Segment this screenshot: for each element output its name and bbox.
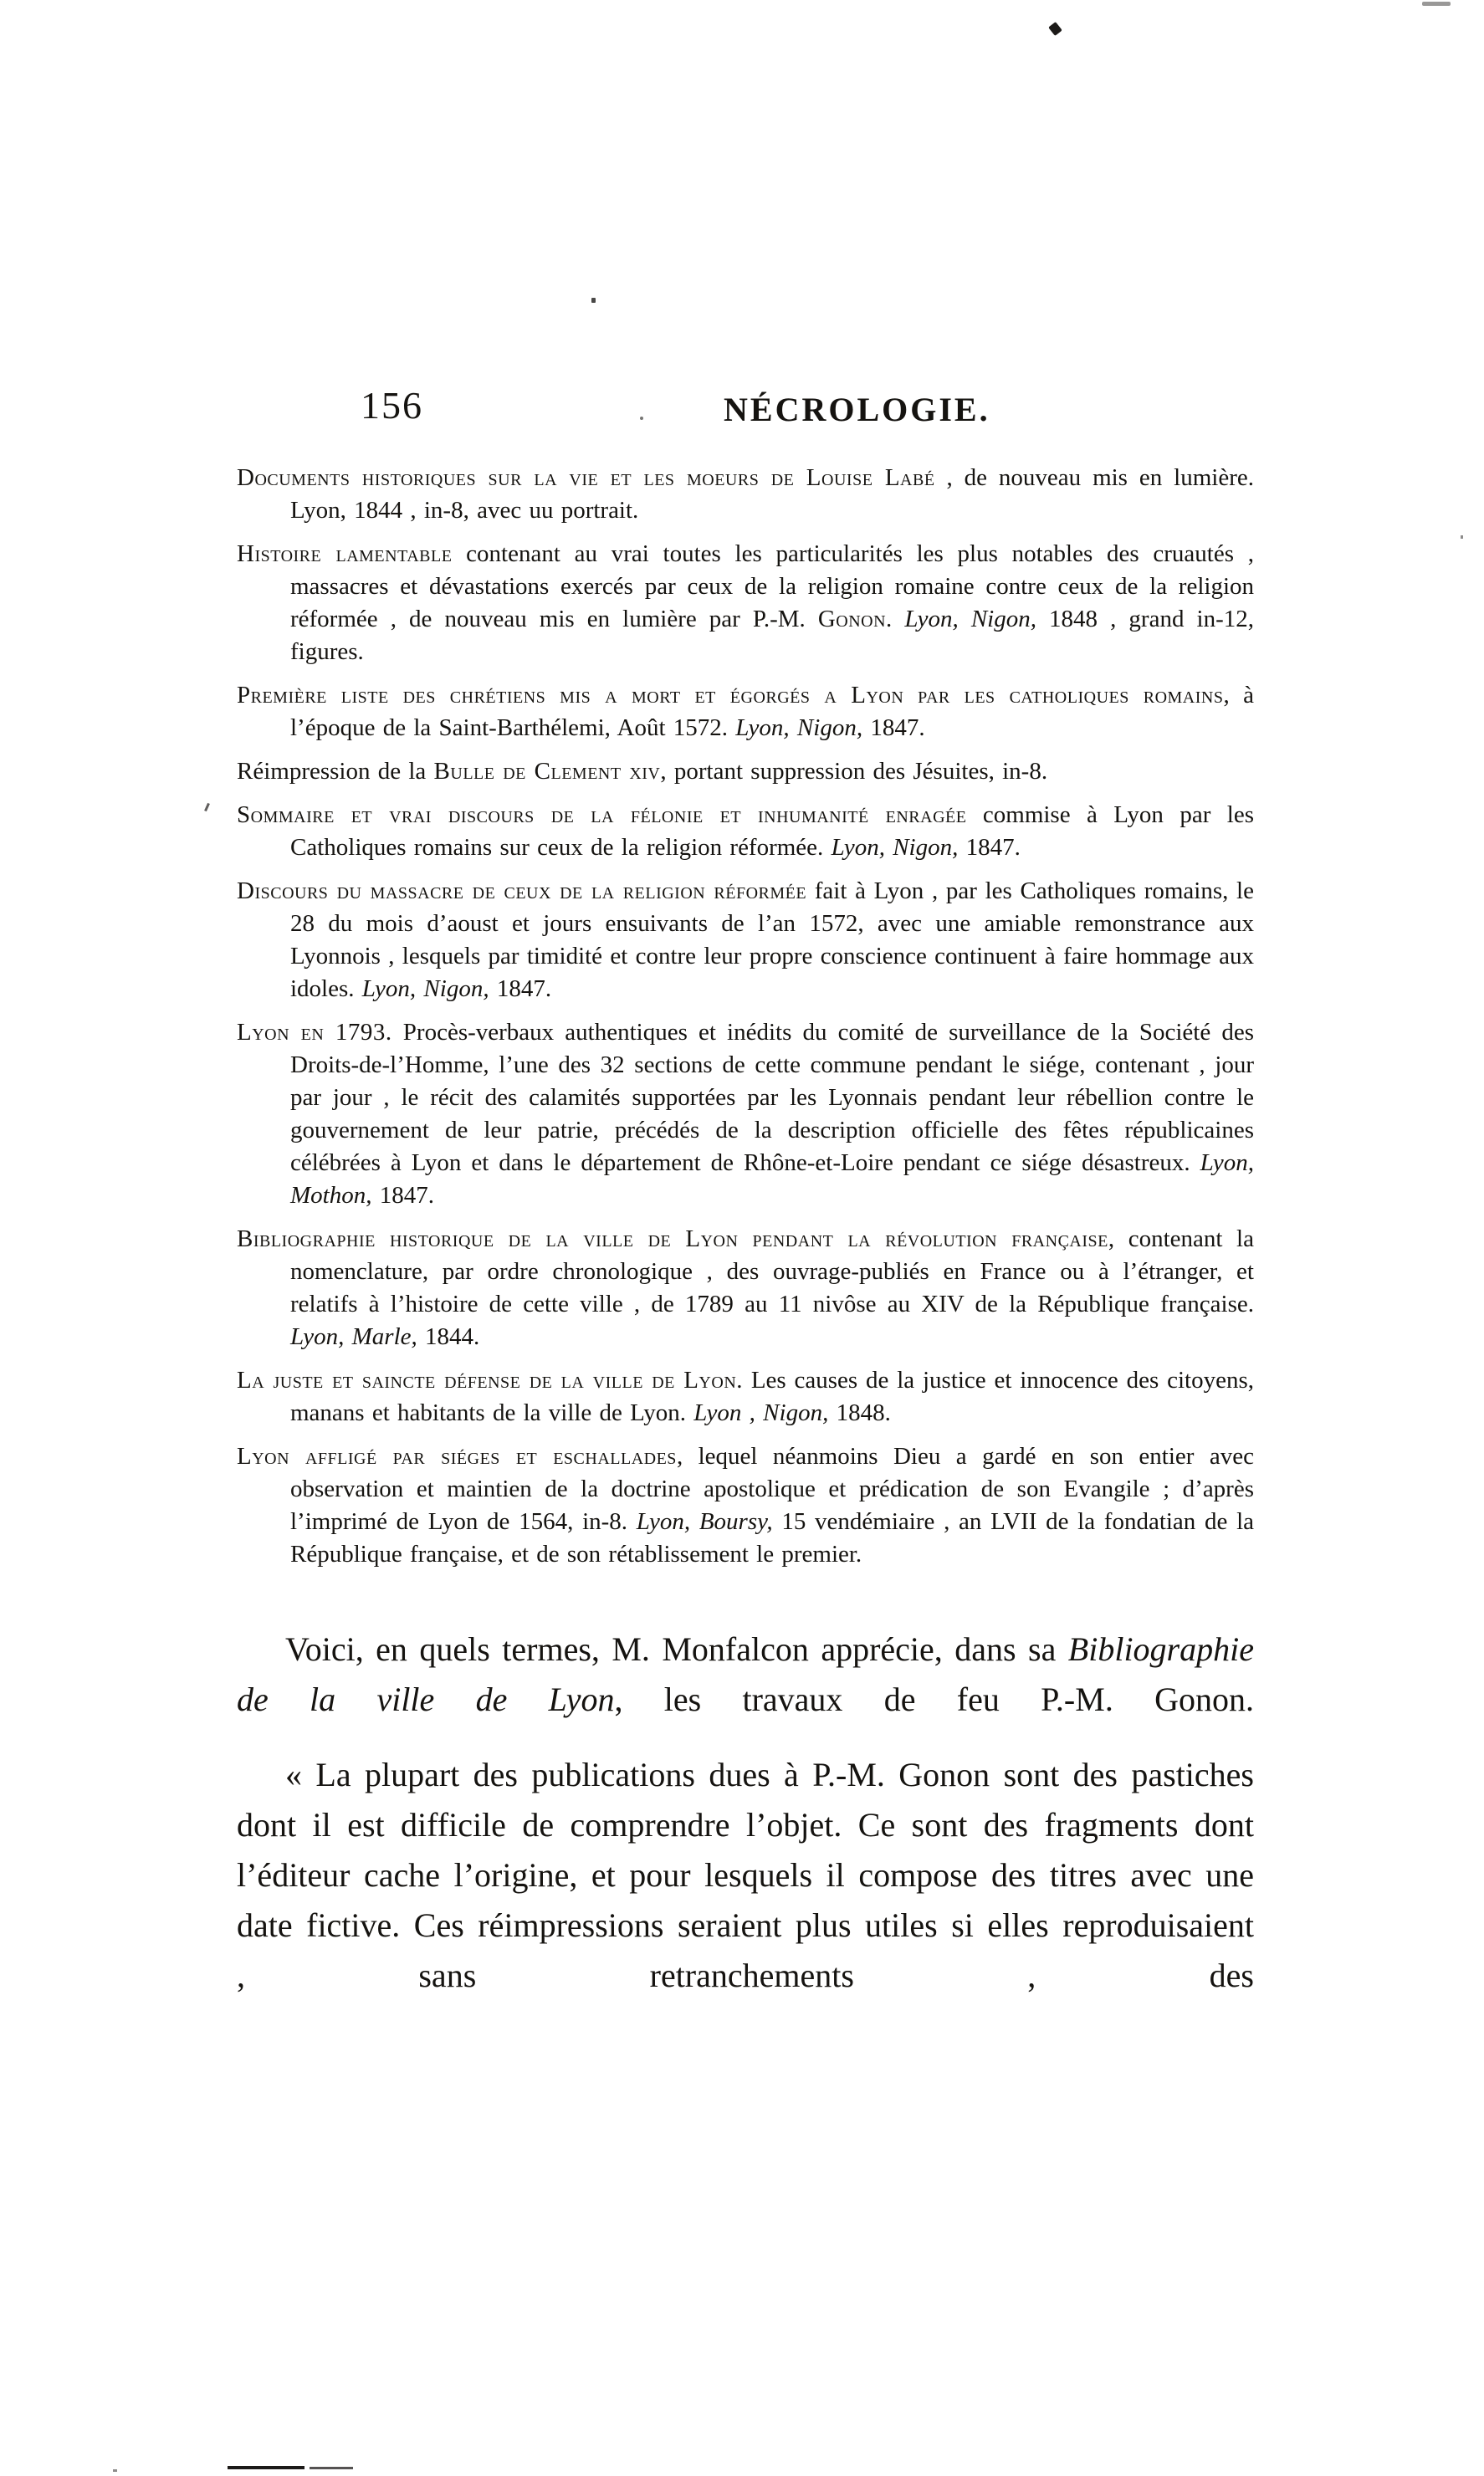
bibliography-entry: Lyon affligé par siéges et eschallades, …	[237, 1440, 1254, 1571]
italic-text: Lyon, Nigon,	[362, 975, 489, 1002]
italic-text: Lyon, Boursy,	[637, 1508, 773, 1535]
plain-text: 1844.	[417, 1323, 480, 1350]
italic-text: Lyon, Marle,	[290, 1323, 417, 1350]
body-paragraph: « La plupart des publications dues à P.-…	[237, 1750, 1254, 2001]
plain-text: Procès-verbaux authentiques et inédits d…	[290, 1019, 1254, 1176]
scan-artifact	[113, 2469, 117, 2472]
scanned-book-page: { "page": { "number": "156", "running_ti…	[0, 0, 1484, 2476]
bibliography-entry: Discours du massacre de ceux de la relig…	[237, 875, 1254, 1005]
bibliography-entry: Première liste des chrétiens mis a mort …	[237, 679, 1254, 744]
scan-artifact	[640, 417, 643, 420]
plain-text: Voici, en quels termes, M. Monfalcon app…	[285, 1630, 1068, 1668]
bibliography-entry: Bibliographie historique de la ville de …	[237, 1223, 1254, 1353]
small-caps-text: Sommaire et vrai discours de la félonie …	[237, 801, 966, 828]
small-caps-text: Histoire lamentable	[237, 540, 452, 567]
plain-text: , les travaux de feu P.-M. Gonon.	[614, 1681, 1254, 1718]
plain-text: 1847.	[862, 714, 925, 741]
plain-text: 1847.	[958, 834, 1021, 861]
small-caps-text: Bibliographie historique de la ville de …	[237, 1225, 1108, 1252]
page-number: 156	[361, 386, 423, 425]
small-caps-text: Discours du massacre de ceux de la relig…	[237, 877, 806, 904]
text-column: 156 NÉCROLOGIE. Documents historiques su…	[237, 386, 1254, 2026]
bibliography-entry: Réimpression de la Bulle de Clement xiv,…	[237, 755, 1254, 788]
small-caps-text: Première liste des chrétiens mis a mort …	[237, 682, 1223, 709]
small-caps-text: Bulle de Clement xiv	[434, 758, 661, 785]
small-caps-text: Lyon en 1793.	[237, 1019, 392, 1046]
page-background: 156 NÉCROLOGIE. Documents historiques su…	[0, 0, 1484, 2476]
italic-text: Lyon , Nigon,	[693, 1399, 828, 1426]
scan-artifact	[1461, 535, 1463, 539]
scan-artifact	[1048, 22, 1062, 36]
plain-text: .	[886, 606, 904, 632]
scan-artifact	[228, 2466, 304, 2469]
bibliography-entry: Sommaire et vrai discours de la félonie …	[237, 799, 1254, 864]
scan-artifact	[591, 298, 596, 303]
scan-artifact	[204, 803, 210, 811]
page-header: 156 NÉCROLOGIE.	[237, 386, 1254, 433]
small-caps-text: Documents historiques sur la vie et les …	[237, 464, 935, 491]
body-paragraphs: Voici, en quels termes, M. Monfalcon app…	[237, 1624, 1254, 2001]
plain-text: 1847.	[489, 975, 552, 1002]
bibliography-entry: La juste et saincte défense de la ville …	[237, 1364, 1254, 1430]
plain-text: 1847.	[371, 1182, 434, 1209]
plain-text: , portant suppression des Jésuites, in-8…	[660, 758, 1047, 785]
italic-text: Lyon, Nigon,	[735, 714, 862, 741]
running-title: NÉCROLOGIE.	[724, 393, 990, 427]
bibliography-list: Documents historiques sur la vie et les …	[237, 462, 1254, 1571]
body-paragraph: Voici, en quels termes, M. Monfalcon app…	[237, 1624, 1254, 1725]
small-caps-text: Gonon	[818, 606, 886, 632]
small-caps-text: La juste et saincte défense de la ville …	[237, 1367, 743, 1394]
scan-artifact	[310, 2467, 353, 2469]
scan-artifact	[1422, 2, 1451, 6]
italic-text: Lyon, Nigon,	[904, 606, 1036, 632]
small-caps-text: Lyon affligé par siéges et eschallades	[237, 1443, 677, 1470]
bibliography-entry: Histoire lamentable contenant au vrai to…	[237, 538, 1254, 668]
bibliography-entry: Documents historiques sur la vie et les …	[237, 462, 1254, 527]
italic-text: Lyon, Nigon,	[832, 834, 959, 861]
bibliography-entry: Lyon en 1793. Procès-verbaux authentique…	[237, 1016, 1254, 1212]
plain-text: 1848.	[828, 1399, 891, 1426]
plain-text: Réimpression de la	[237, 758, 434, 785]
plain-text: « La plupart des publications dues à P.-…	[237, 1756, 1254, 1994]
